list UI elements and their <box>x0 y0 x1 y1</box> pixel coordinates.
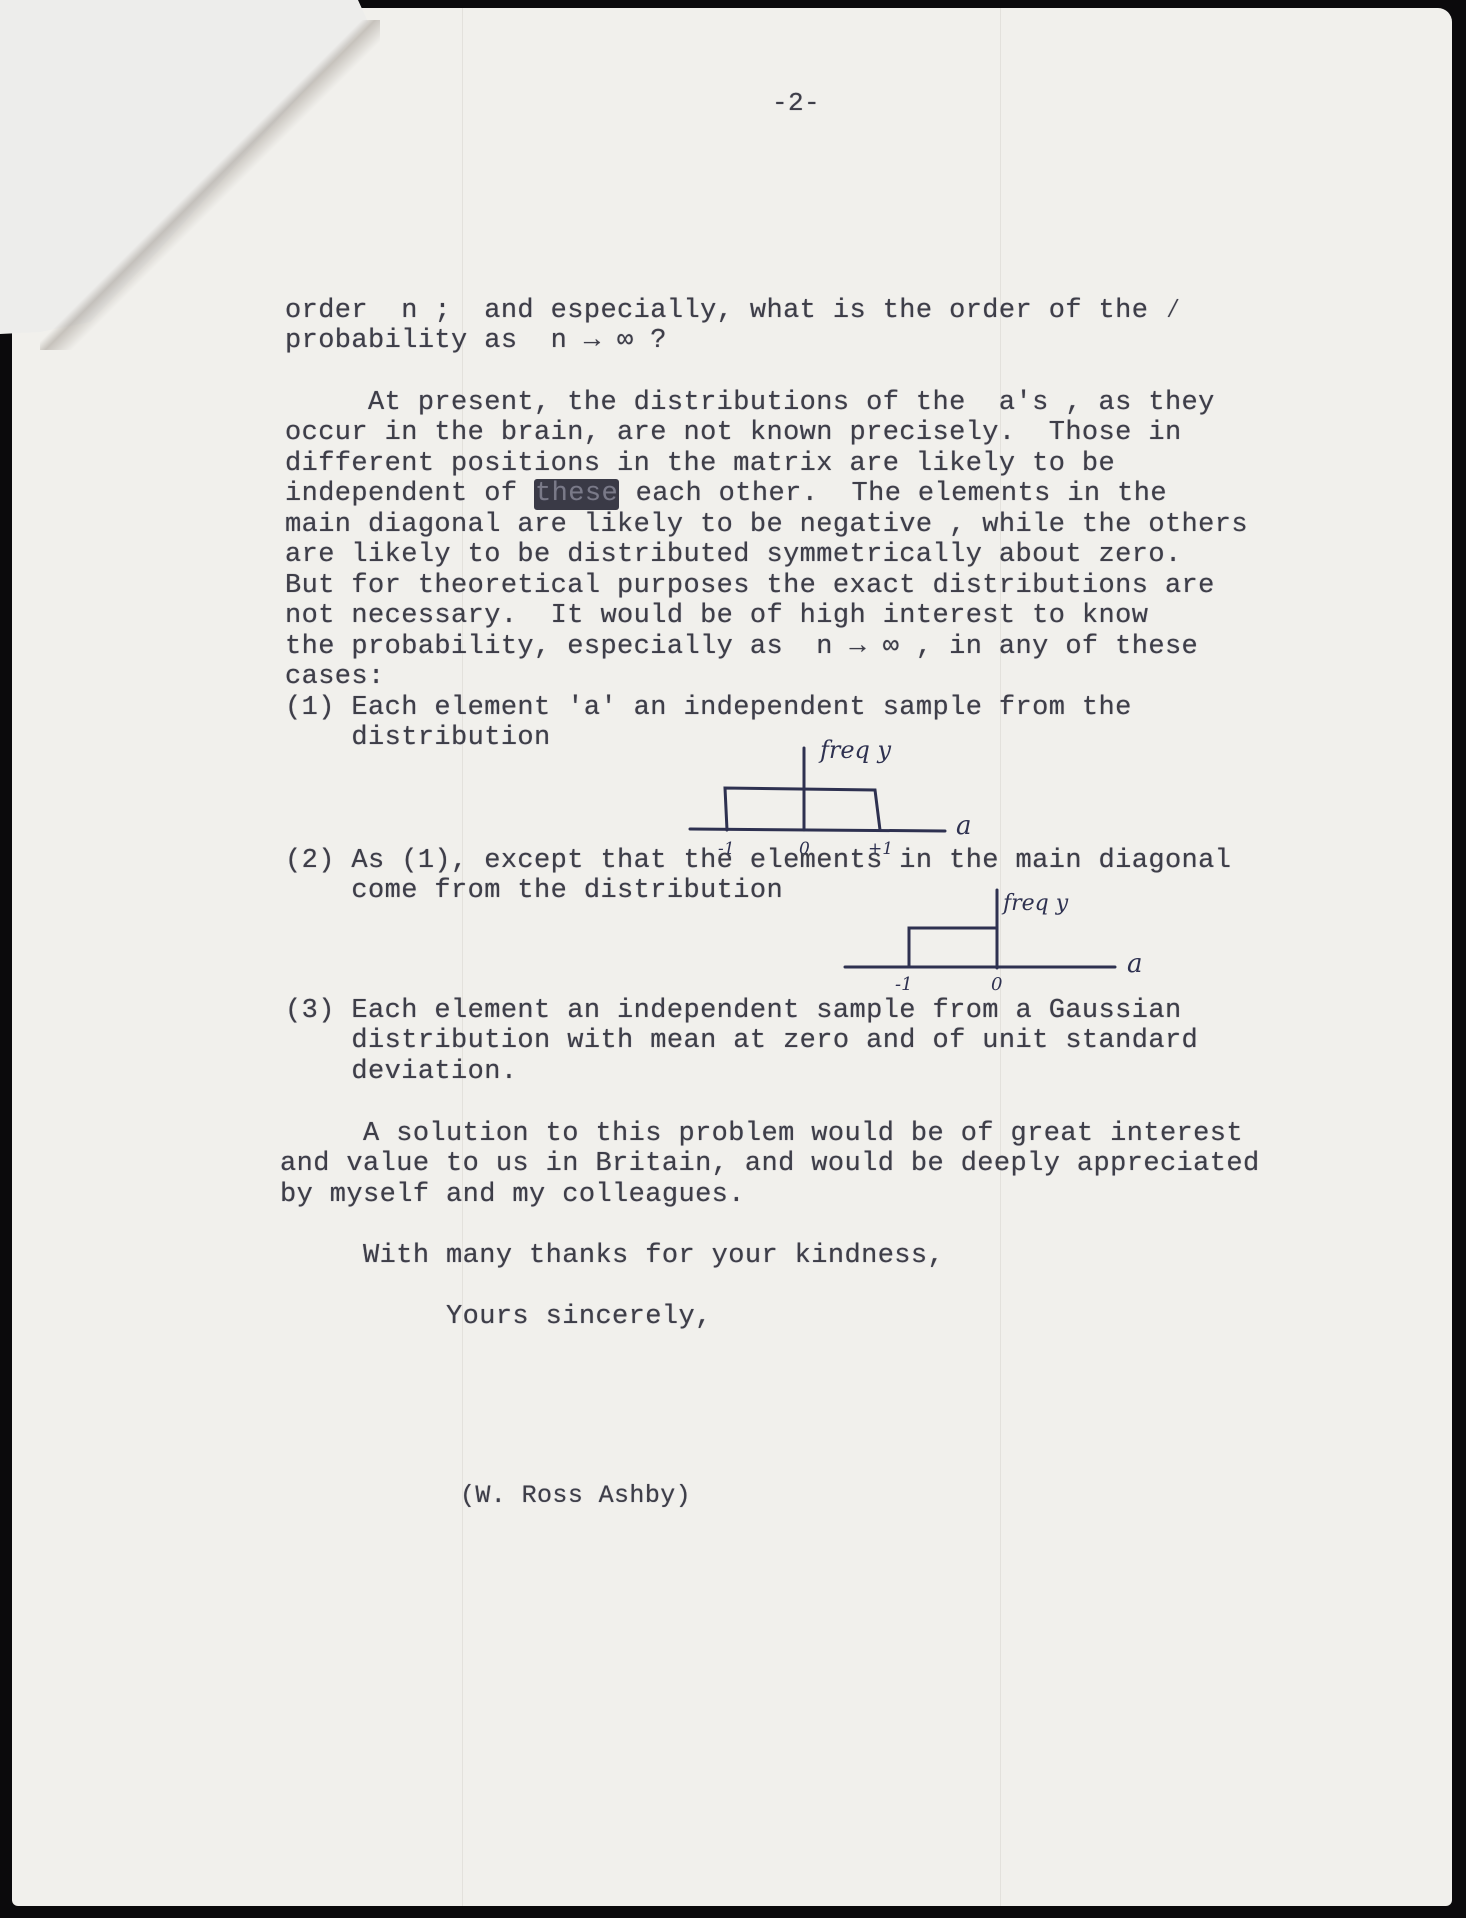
y-label: freq y <box>1001 891 1069 916</box>
paragraph-line: occur in the brain, are not known precis… <box>285 418 1182 449</box>
x-label: a <box>1127 949 1143 979</box>
text-fragment: each other. The elements in the <box>619 479 1167 509</box>
paragraph-line: But for theoretical purposes the exact d… <box>285 571 1215 602</box>
fold-crease <box>462 8 463 1906</box>
tick-label: -1 <box>895 974 913 995</box>
paragraph-line: main diagonal are likely to be negative … <box>285 510 1248 541</box>
signature-block: (W. Ross Ashby) <box>460 1481 691 1512</box>
valediction: Yours sincerely, <box>280 1302 712 1333</box>
text-fragment: independent of <box>285 479 534 509</box>
paragraph-line: the probability, especially as n → ∞ , i… <box>285 632 1198 663</box>
case-1-line-1: (1) Each element 'a' an independent samp… <box>285 693 1132 724</box>
paragraph-line: different positions in the matrix are li… <box>285 449 1115 480</box>
paragraph-line: not necessary. It would be of high inter… <box>285 601 1148 632</box>
paragraph-line: cases: <box>285 662 385 693</box>
sketch-uniform-distribution-2: freq y a -1 0 <box>845 878 1165 1013</box>
case-2-line-2: come from the distribution <box>285 876 783 907</box>
thanks-line: With many thanks for your kindness, <box>280 1241 944 1272</box>
paragraph-line: independent of these each other. The ele… <box>285 479 1167 510</box>
y-label: freq y <box>818 736 892 764</box>
struck-out-word: these <box>534 479 619 510</box>
opening-line-1: order n ; and especially, what is the or… <box>285 296 1182 327</box>
opening-line-2: probability as n → ∞ ? <box>285 326 667 357</box>
distribution-box <box>909 928 997 967</box>
closing-line: by myself and my colleagues. <box>280 1180 745 1211</box>
case-3-line-1: (3) Each element an independent sample f… <box>285 996 1182 1027</box>
letter-page <box>12 8 1452 1906</box>
tick-label: 0 <box>991 974 1002 995</box>
paragraph-line: are likely to be distributed symmetrical… <box>285 540 1182 571</box>
case-1-line-2: distribution <box>285 723 551 754</box>
closing-line: and value to us in Britain, and would be… <box>280 1149 1260 1180</box>
case-2-line-1: (2) As (1), except that the elements in … <box>285 846 1231 877</box>
case-3-line-3: deviation. <box>285 1057 517 1088</box>
paragraph-line: At present, the distributions of the a's… <box>285 388 1215 419</box>
page-number: -2- <box>772 88 820 119</box>
x-label: a <box>956 811 972 841</box>
closing-line: A solution to this problem would be of g… <box>280 1119 1243 1150</box>
scan-border <box>1452 0 1466 1918</box>
case-3-line-2: distribution with mean at zero and of un… <box>285 1026 1198 1057</box>
